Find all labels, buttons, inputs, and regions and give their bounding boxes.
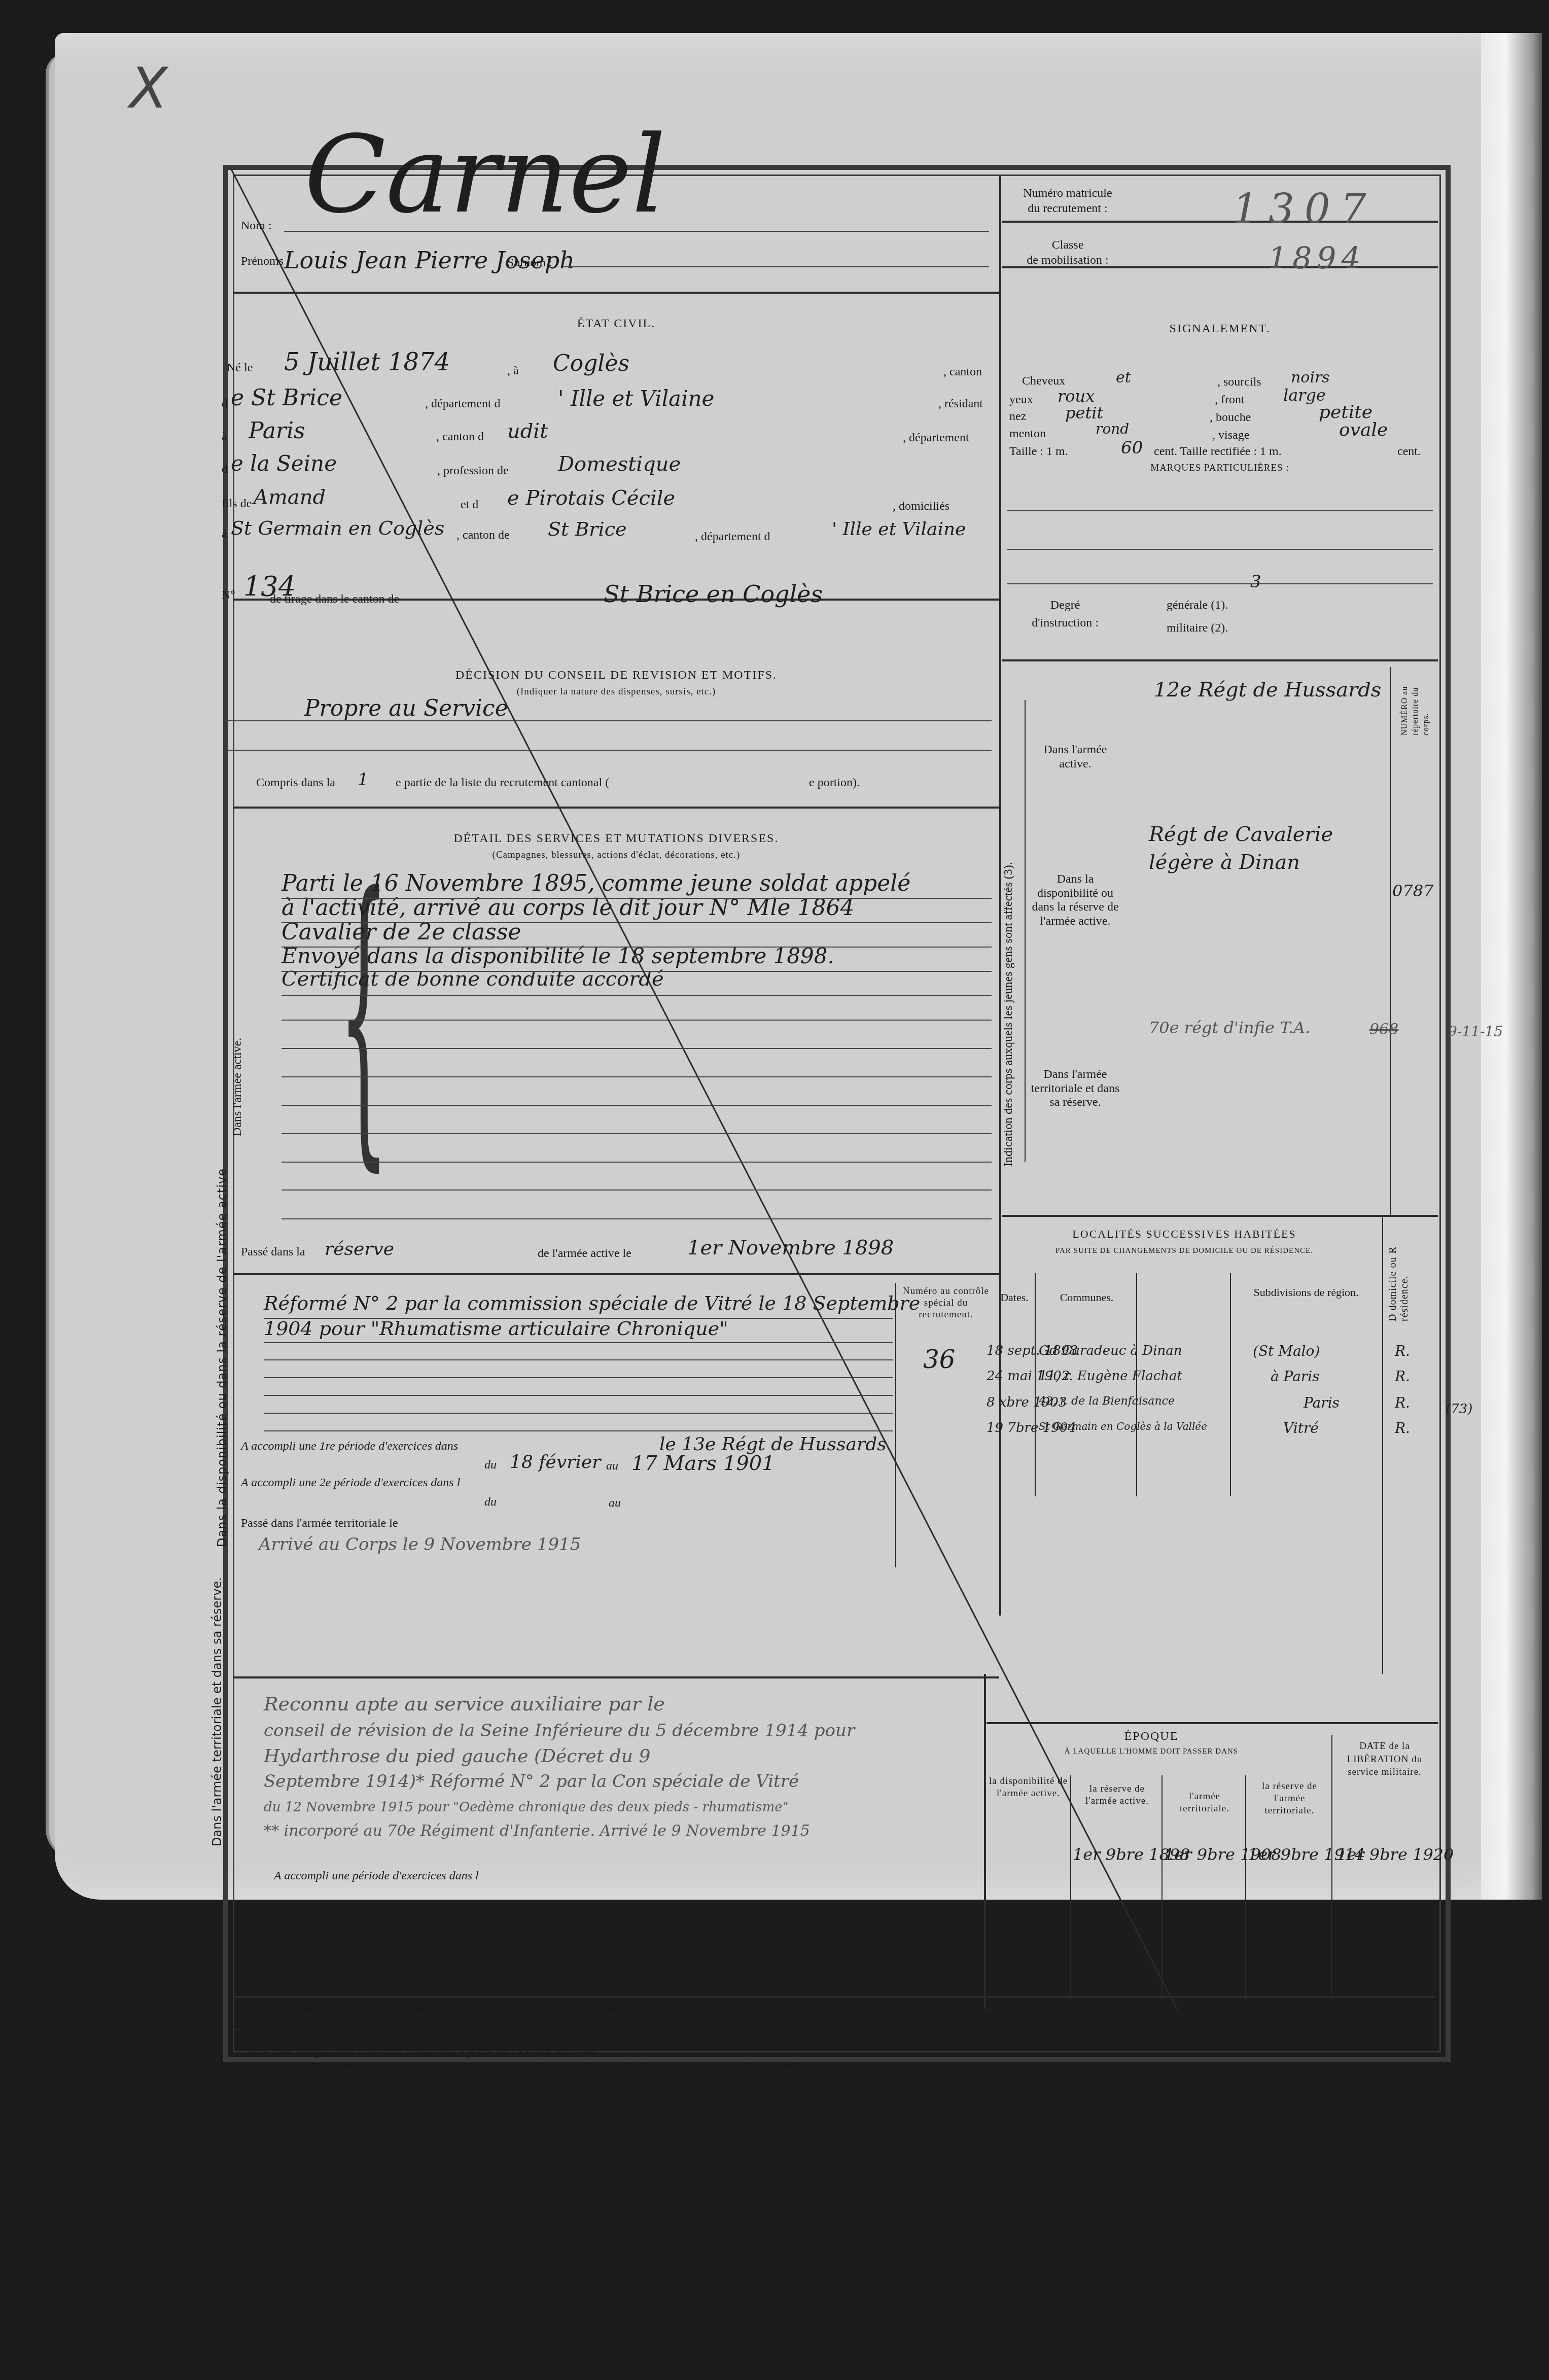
row-dr: R. bbox=[1395, 1396, 1410, 1410]
residant-a-label: à bbox=[222, 430, 227, 444]
residant-label: , résidant bbox=[938, 397, 983, 411]
menton-label: menton bbox=[1009, 427, 1046, 441]
territoriale-corps-label: Dans l'armée territoriale et dans sa rés… bbox=[1027, 1068, 1123, 1110]
disponibilite-line-2: 1904 pour "Rhumatisme articulaire Chroni… bbox=[264, 1319, 728, 1338]
epoque-col-2: la réserve de l'armée active. bbox=[1073, 1783, 1161, 1807]
rule bbox=[233, 1273, 999, 1275]
ruled-line bbox=[264, 1377, 893, 1378]
reserve-value-2: légère à Dinan bbox=[1149, 852, 1300, 872]
periode2-au-label: au bbox=[609, 1496, 621, 1511]
nom-label: Nom : bbox=[241, 219, 272, 233]
etat-civil-title: ÉTAT CIVIL. bbox=[233, 317, 999, 331]
ruled-line bbox=[264, 1413, 893, 1414]
service-line-5: Certificat de bonne conduite accordé bbox=[281, 969, 664, 989]
passe-label-2: de l'armée active le bbox=[538, 1247, 631, 1261]
departement-value: ' Ille et Vilaine bbox=[558, 388, 714, 409]
territoriale-line-3: Hydarthrose du pied gauche (Décret du 9 bbox=[264, 1747, 650, 1766]
signalement-title: SIGNALEMENT. bbox=[1002, 322, 1438, 336]
territoriale-corps-value: 70e régt d'infie T.A. bbox=[1149, 1020, 1310, 1036]
ruled-line bbox=[281, 1218, 992, 1219]
canton-label: , canton bbox=[943, 365, 982, 379]
classe-label-1: Classe bbox=[1009, 238, 1126, 253]
terr-au-label: au bbox=[611, 1906, 623, 1920]
terr-periode-label: A accompli une période d'exercices dans … bbox=[274, 1869, 479, 1883]
rule bbox=[233, 807, 999, 809]
reserve-numero: 0787 bbox=[1392, 883, 1433, 899]
disponibilite-side-label: Dans la disponibilité ou dans la réserve… bbox=[216, 1164, 230, 1547]
row-commune: St Germain en Coglès à la Vallée bbox=[1039, 1421, 1207, 1431]
service-line-2: à l'activité, arrivé au corps le dit jou… bbox=[281, 897, 854, 919]
tirage-label: de tirage dans le canton de bbox=[270, 592, 399, 607]
ruled-line bbox=[264, 1318, 893, 1319]
decision-title: DÉCISION DU CONSEIL DE REVISION ET MOTIF… bbox=[233, 669, 999, 683]
epoque-title: ÉPOQUE bbox=[987, 1730, 1316, 1744]
ruled-line bbox=[264, 1395, 893, 1396]
territoriale-side-label: Dans l'armée territoriale et dans sa rés… bbox=[210, 1577, 225, 1846]
menton-value: rond bbox=[1096, 422, 1129, 436]
ruled-line bbox=[281, 947, 992, 948]
service-line-1: Parti le 16 Novembre 1895, comme jeune s… bbox=[281, 872, 910, 895]
territoriale-date: 9-11-15 bbox=[1448, 1025, 1503, 1039]
epoque-subtitle: À LAQUELLE L'HOMME DOIT PASSER DANS bbox=[987, 1747, 1316, 1756]
footnote-5: Pour ceux compris dans la 7e liste, l'in… bbox=[249, 2059, 799, 2072]
row-subdivision: Paris bbox=[1304, 1396, 1340, 1410]
generale-label: générale (1). bbox=[1167, 599, 1228, 613]
ruled-line bbox=[264, 1342, 893, 1343]
numero-divider bbox=[1390, 667, 1391, 1215]
localites-margin-note: (73) bbox=[1446, 1403, 1472, 1416]
territoriale-label: Passé dans l'armée territoriale le bbox=[241, 1517, 398, 1531]
ruled-line bbox=[281, 922, 992, 923]
localites-title: LOCALITÉS SUCCESSIVES HABITÉES bbox=[987, 1228, 1382, 1241]
active-label: Dans l'armée active. bbox=[1027, 743, 1123, 771]
yeux-label: yeux bbox=[1009, 393, 1033, 407]
classe-value: 1894 bbox=[1268, 243, 1366, 274]
bouche-value: petite bbox=[1319, 403, 1372, 422]
cheveux-value: et bbox=[1116, 370, 1131, 386]
disponibilite-line-1: Réformé N° 2 par la commission spéciale … bbox=[264, 1293, 920, 1313]
et-de-label: et d bbox=[461, 498, 478, 512]
domicile-dept-value: ' Ille et Vilaine bbox=[832, 520, 966, 539]
sourcils-value: noirs bbox=[1291, 370, 1330, 386]
column-divider-lower bbox=[984, 1674, 986, 2009]
territoriale-line-6: ** incorporé au 70e Régiment d'Infanteri… bbox=[264, 1824, 810, 1839]
periode1-value: le 13e Régt de Hussards bbox=[659, 1436, 887, 1454]
rule bbox=[233, 292, 999, 294]
row-subdivision: à Paris bbox=[1271, 1370, 1320, 1384]
matricule-label-1: Numéro matricule bbox=[1009, 187, 1126, 201]
decision-value: Propre au Service bbox=[304, 697, 508, 720]
liberation-label: DATE de la LIBÉRATION du service militai… bbox=[1334, 1740, 1435, 1779]
matricule-label-2: du recrutement : bbox=[1009, 202, 1126, 216]
service-line-4: Envoyé dans la disponibilité le 18 septe… bbox=[281, 946, 834, 967]
controle-divider bbox=[895, 1283, 896, 1567]
rule bbox=[233, 1996, 1435, 1998]
ne-le-label: Né le bbox=[227, 361, 253, 375]
nom-line bbox=[284, 231, 989, 232]
a-value: Coglès bbox=[553, 353, 629, 375]
domicile-value: St Germain en Coglès bbox=[231, 518, 444, 538]
ruled-line bbox=[264, 1359, 893, 1360]
col-dates: Dates. bbox=[987, 1291, 1042, 1304]
departement-label: , département d bbox=[425, 397, 501, 411]
generale-value: 3 bbox=[1250, 573, 1261, 590]
passe-value-2: 1er Novembre 1898 bbox=[687, 1238, 894, 1258]
passe-value-1: réserve bbox=[325, 1240, 394, 1258]
row-dr: R. bbox=[1395, 1421, 1410, 1436]
cent-label: cent. bbox=[1397, 445, 1421, 459]
services-side-label: Dans l'armée active. bbox=[231, 1038, 245, 1136]
epoque-col-divider bbox=[1161, 1775, 1163, 1999]
ne-le-value: 5 Juillet 1874 bbox=[284, 350, 450, 374]
service-line-3: Cavalier de 2e classe bbox=[281, 921, 521, 943]
periode1-du-value: 18 février bbox=[510, 1453, 601, 1472]
ruled-line bbox=[264, 1430, 893, 1431]
terr-du-label: du bbox=[489, 1905, 502, 1919]
row-dr: R. bbox=[1395, 1344, 1410, 1358]
row-dr: R. bbox=[1395, 1370, 1410, 1384]
taille-rectifiee-label: cent. Taille rectifiée : 1 m. bbox=[1154, 445, 1282, 459]
row-subdivision: Vitré bbox=[1283, 1421, 1319, 1436]
dept2-value: e la Seine bbox=[231, 453, 337, 474]
periode2-label: A accompli une 2e période d'exercices da… bbox=[241, 1476, 460, 1490]
epoque-col-3: l'armée territoriale. bbox=[1164, 1791, 1245, 1815]
footnote-2: (2) L'instruction militaire sera indiqué… bbox=[228, 2017, 940, 2029]
active-value: 12e Régt de Hussards bbox=[1154, 680, 1381, 700]
periode2-du-label: du bbox=[484, 1495, 497, 1510]
decision-line bbox=[226, 750, 992, 751]
footnote-4: Pour ceux compris dans la 6e liste, l'in… bbox=[249, 2045, 599, 2058]
canton-d-value: udit bbox=[507, 421, 548, 441]
territoriale-line-1: Reconnu apte au service auxiliaire par l… bbox=[264, 1694, 665, 1713]
ruled-line bbox=[281, 1189, 992, 1191]
ruled-line bbox=[281, 898, 992, 899]
periode1-du-label: du bbox=[484, 1458, 497, 1473]
ruled-line bbox=[281, 971, 992, 972]
marques-line bbox=[1007, 510, 1433, 511]
classe-label-2: de mobilisation : bbox=[1009, 254, 1126, 268]
canton-d-label: , canton d bbox=[436, 430, 484, 444]
profession-label: , profession de bbox=[437, 464, 509, 478]
localites-col-divider bbox=[1230, 1273, 1231, 1496]
epoque-col-divider bbox=[1331, 1735, 1332, 1999]
prenoms-label: Prénoms : bbox=[241, 255, 290, 269]
domicile-canton-value: St Brice bbox=[548, 519, 626, 539]
ruled-line bbox=[281, 1133, 992, 1134]
sourcils-label: , sourcils bbox=[1217, 375, 1261, 390]
ruled-line bbox=[281, 1105, 992, 1106]
pere-value: Amand bbox=[254, 487, 326, 507]
localites-col-divider bbox=[1035, 1273, 1036, 1496]
footnote-1: (1) Le degré d'instruction générale sera… bbox=[228, 2003, 752, 2015]
localites-subtitle: PAR SUITE DE CHANGEMENTS DE DOMICILE OU … bbox=[987, 1247, 1382, 1255]
front-label: , front bbox=[1215, 393, 1245, 407]
nez-label: nez bbox=[1009, 410, 1026, 424]
rule bbox=[987, 1722, 1438, 1724]
canton-de-value: e St Brice bbox=[231, 387, 342, 409]
tirage-no-label: N° bbox=[222, 588, 235, 603]
nez-value: petit bbox=[1065, 405, 1103, 421]
domicile-a-label: à bbox=[222, 528, 227, 542]
domicile-dept-label: , département d bbox=[695, 530, 770, 544]
bouche-label: , bouche bbox=[1210, 411, 1251, 425]
surnom-line bbox=[563, 266, 989, 267]
row-commune: Gd Caradeuc à Dinan bbox=[1039, 1344, 1182, 1357]
passe-label-1: Passé dans la bbox=[241, 1245, 305, 1259]
footnote-3: (3) Pour les hommes compris dans la 5e p… bbox=[228, 2031, 636, 2044]
ruled-line bbox=[281, 1076, 992, 1077]
yeux-value: roux bbox=[1058, 388, 1095, 404]
page-gutter-shadow bbox=[1481, 33, 1542, 1900]
epoque-col-4: la réserve de l'armée territoriale. bbox=[1248, 1780, 1331, 1816]
taille-value: 60 bbox=[1121, 439, 1143, 457]
ruled-line bbox=[281, 1162, 992, 1163]
marques-line bbox=[1007, 583, 1433, 584]
profession-value: Domestique bbox=[558, 454, 681, 474]
arrive-line: Arrivé au Corps le 9 Novembre 1915 bbox=[259, 1536, 581, 1553]
numero-controle-value: 36 bbox=[923, 1347, 956, 1372]
militaire-label: militaire (2). bbox=[1167, 621, 1228, 636]
corner-mark: X bbox=[129, 56, 167, 121]
numero-header: NUMÉRO au répertoire du corps. bbox=[1400, 664, 1431, 736]
compris-label-3: e portion). bbox=[809, 776, 860, 790]
visage-value: ovale bbox=[1339, 421, 1388, 439]
corps-side-label: Indication des corps auxquels les jeunes… bbox=[1002, 862, 1016, 1167]
compris-label-1: Compris dans la bbox=[256, 776, 335, 790]
epoque-col-divider bbox=[1070, 1775, 1071, 1999]
ruled-line bbox=[281, 1048, 992, 1049]
periode1-au-label: au bbox=[606, 1459, 618, 1474]
mere-value: e Pirotais Cécile bbox=[507, 488, 675, 508]
compris-partie-value: 1 bbox=[358, 771, 369, 788]
a-label: , à bbox=[507, 364, 519, 378]
surnom-label: Surnom : bbox=[507, 256, 552, 270]
epoque-col-1: la disponibilité de l'armée active. bbox=[987, 1775, 1070, 1800]
corps-divider bbox=[1025, 700, 1026, 1162]
ruled-line bbox=[281, 995, 992, 996]
marques-line bbox=[1007, 549, 1433, 550]
nom-value: Carnel bbox=[304, 122, 666, 228]
periode1-label: A accompli une 1re période d'exercices d… bbox=[241, 1440, 458, 1454]
col-communes: Communes. bbox=[1037, 1291, 1136, 1304]
reserve-terr-label: Passé dans la réserve de l'armée territo… bbox=[274, 1938, 496, 1952]
periode1-au-value: 17 Mars 1901 bbox=[631, 1453, 775, 1474]
rule bbox=[1002, 659, 1438, 661]
liberation-value: 1er 9bre 1920 bbox=[1336, 1846, 1454, 1863]
taille-label: Taille : 1 m. bbox=[1009, 445, 1068, 459]
residant-a-value: Paris bbox=[249, 420, 305, 442]
fils-label: fils de bbox=[222, 497, 252, 511]
reserve-value-1: Régt de Cavalerie bbox=[1149, 824, 1333, 845]
col-domicile-residence: D domicile ou R résidence. bbox=[1387, 1230, 1411, 1321]
epoque-col-divider bbox=[1245, 1775, 1246, 1999]
libere-label: Libéré du service militaire le bbox=[274, 1962, 414, 1976]
ruled-line bbox=[281, 1020, 992, 1021]
matricule-value: 1307 bbox=[1233, 189, 1377, 229]
territoriale-line-2: conseil de révision de la Seine Inférieu… bbox=[264, 1722, 855, 1739]
tirage-canton-value: St Brice en Coglès bbox=[604, 582, 823, 606]
departement2-label: , département bbox=[903, 431, 969, 445]
col-subdivisions: Subdivisions de région. bbox=[1233, 1286, 1380, 1299]
localites-col-divider bbox=[1382, 1217, 1383, 1674]
row-subdivision: (St Malo) bbox=[1253, 1344, 1320, 1358]
decision-line bbox=[226, 720, 992, 721]
canton-de-label: d bbox=[222, 397, 228, 411]
territoriale-numero: 968 bbox=[1369, 1022, 1398, 1037]
rule bbox=[233, 1676, 999, 1678]
reserve-label: Dans la disponibilité ou dans la réserve… bbox=[1027, 872, 1123, 928]
front-value: large bbox=[1283, 387, 1326, 403]
degre-label-2: d'instruction : bbox=[1014, 616, 1116, 631]
domicilies-label: , domiciliés bbox=[893, 500, 949, 514]
territoriale-line-4: Septembre 1914)* Réformé N° 2 par la Con… bbox=[264, 1773, 799, 1790]
localites-col-divider bbox=[1136, 1273, 1137, 1496]
compris-label-2: e partie de la liste du recrutement cant… bbox=[396, 776, 609, 790]
marques-title: MARQUES PARTICULIÈRES : bbox=[1002, 463, 1438, 474]
degre-label-1: Degré bbox=[1014, 599, 1116, 613]
row-commune: 42, r. de la Bienfaisance bbox=[1039, 1396, 1175, 1407]
territoriale-line-5: du 12 Novembre 1915 pour "Oedème chroniq… bbox=[264, 1801, 789, 1814]
visage-label: , visage bbox=[1212, 429, 1249, 443]
domicile-canton-label: , canton de bbox=[456, 529, 510, 543]
rule bbox=[1002, 1215, 1438, 1217]
row-commune: 11, r. Eugène Flachat bbox=[1039, 1370, 1182, 1383]
dept2-d-label: d bbox=[222, 463, 228, 477]
